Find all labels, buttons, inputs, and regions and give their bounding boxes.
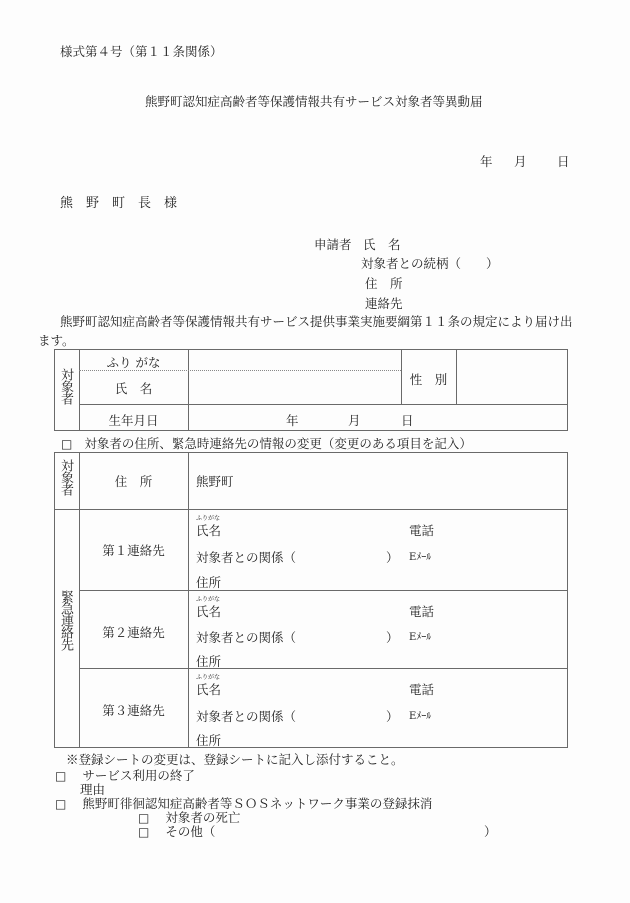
contact-phone-label[interactable]: 電話 xyxy=(409,521,434,539)
checkbox-icon[interactable]: □ xyxy=(55,797,66,811)
birth-year[interactable]: 年 xyxy=(286,411,299,429)
change-address-label: 住 所 xyxy=(79,472,188,490)
contact-relation-close: ） xyxy=(386,628,399,646)
contact-relation-close: ） xyxy=(386,548,399,566)
contact-label: 第３連絡先 xyxy=(79,701,188,719)
applicant-address-label: 住 所 xyxy=(365,274,403,292)
birth-label: 生年月日 xyxy=(79,411,188,429)
intro-line-2: ます。 xyxy=(38,331,75,349)
contact-relation-label[interactable]: 対象者との関係（ xyxy=(196,707,296,725)
service-end-row[interactable]: □ サービス利用の終了 xyxy=(55,766,195,784)
subject-name-field[interactable] xyxy=(190,372,400,402)
applicant-label: 申請者 xyxy=(314,235,352,253)
checkbox-icon[interactable]: □ xyxy=(138,825,149,839)
date-month: 月 xyxy=(514,152,527,170)
furigana-field[interactable] xyxy=(190,351,400,369)
birth-day[interactable]: 日 xyxy=(401,411,414,429)
date-day: 日 xyxy=(557,152,570,170)
applicant-contact-label: 連絡先 xyxy=(365,294,403,312)
option-other-close: ） xyxy=(484,822,497,840)
subject-name-label: 氏 名 xyxy=(79,379,188,397)
intro-line-1: 熊野町認知症高齢者等保護情報共有サービス提供事業実施要綱第１１条の規定により届け… xyxy=(60,312,573,330)
contact-email-label[interactable]: Eﾒｰﾙ xyxy=(409,707,431,722)
contact-address-label[interactable]: 住所 xyxy=(196,652,221,670)
contact-email-label[interactable]: Eﾒｰﾙ xyxy=(409,628,431,643)
sos-cancel-label: 熊野町徘徊認知症高齢者等ＳＯＳネットワーク事業の登録抹消 xyxy=(82,796,432,811)
sos-cancel-row[interactable]: □ 熊野町徘徊認知症高齢者等ＳＯＳネットワーク事業の登録抹消 xyxy=(55,794,432,812)
change-subject-side-label: 対象者 xyxy=(59,459,72,495)
contact-address-label[interactable]: 住所 xyxy=(196,731,221,749)
contact-address-label[interactable]: 住所 xyxy=(196,573,221,591)
subject-side-label: 対象者 xyxy=(59,368,72,404)
change-info-checkbox-row[interactable]: □ 対象者の住所、緊急時連絡先の情報の変更（変更のある項目を記入） xyxy=(61,434,472,452)
option-other-row[interactable]: □ その他（ xyxy=(138,822,215,840)
applicant-name-label: 氏 名 xyxy=(363,235,401,253)
birth-month[interactable]: 月 xyxy=(348,411,361,429)
change-info-label: 対象者の住所、緊急時連絡先の情報の変更（変更のある項目を記入） xyxy=(84,436,472,451)
contact-name-label[interactable]: 氏名 xyxy=(196,521,221,539)
gender-label: 性 別 xyxy=(401,370,456,388)
gender-field[interactable] xyxy=(458,351,566,403)
contact-name-label[interactable]: 氏名 xyxy=(196,680,221,698)
addressee: 熊 野 町 長 様 xyxy=(60,192,177,211)
contact-phone-label[interactable]: 電話 xyxy=(409,602,434,620)
form-number: 様式第４号（第１１条関係） xyxy=(60,42,223,60)
contact-label: 第２連絡先 xyxy=(79,623,188,641)
contact-phone-label[interactable]: 電話 xyxy=(409,680,434,698)
checkbox-icon[interactable]: □ xyxy=(61,437,72,451)
checkbox-icon[interactable]: □ xyxy=(55,769,66,783)
furigana-label: ふり がな xyxy=(79,353,188,371)
change-address-value[interactable]: 熊野町 xyxy=(196,472,234,490)
date-year: 年 xyxy=(480,152,493,170)
page-title: 熊野町認知症高齢者等保護情報共有サービス対象者等異動届 xyxy=(145,92,483,110)
contact-email-label[interactable]: Eﾒｰﾙ xyxy=(409,548,431,563)
emergency-side-label: 緊急連絡先 xyxy=(59,590,72,650)
contact-relation-label[interactable]: 対象者との関係（ xyxy=(196,548,296,566)
applicant-relation-label: 対象者との続柄（ ） xyxy=(361,254,499,272)
contact-label: 第１連絡先 xyxy=(79,541,188,559)
contact-relation-close: ） xyxy=(386,707,399,725)
contact-name-label[interactable]: 氏名 xyxy=(196,602,221,620)
contact-relation-label[interactable]: 対象者との関係（ xyxy=(196,628,296,646)
option-other-label: その他（ xyxy=(165,824,215,839)
